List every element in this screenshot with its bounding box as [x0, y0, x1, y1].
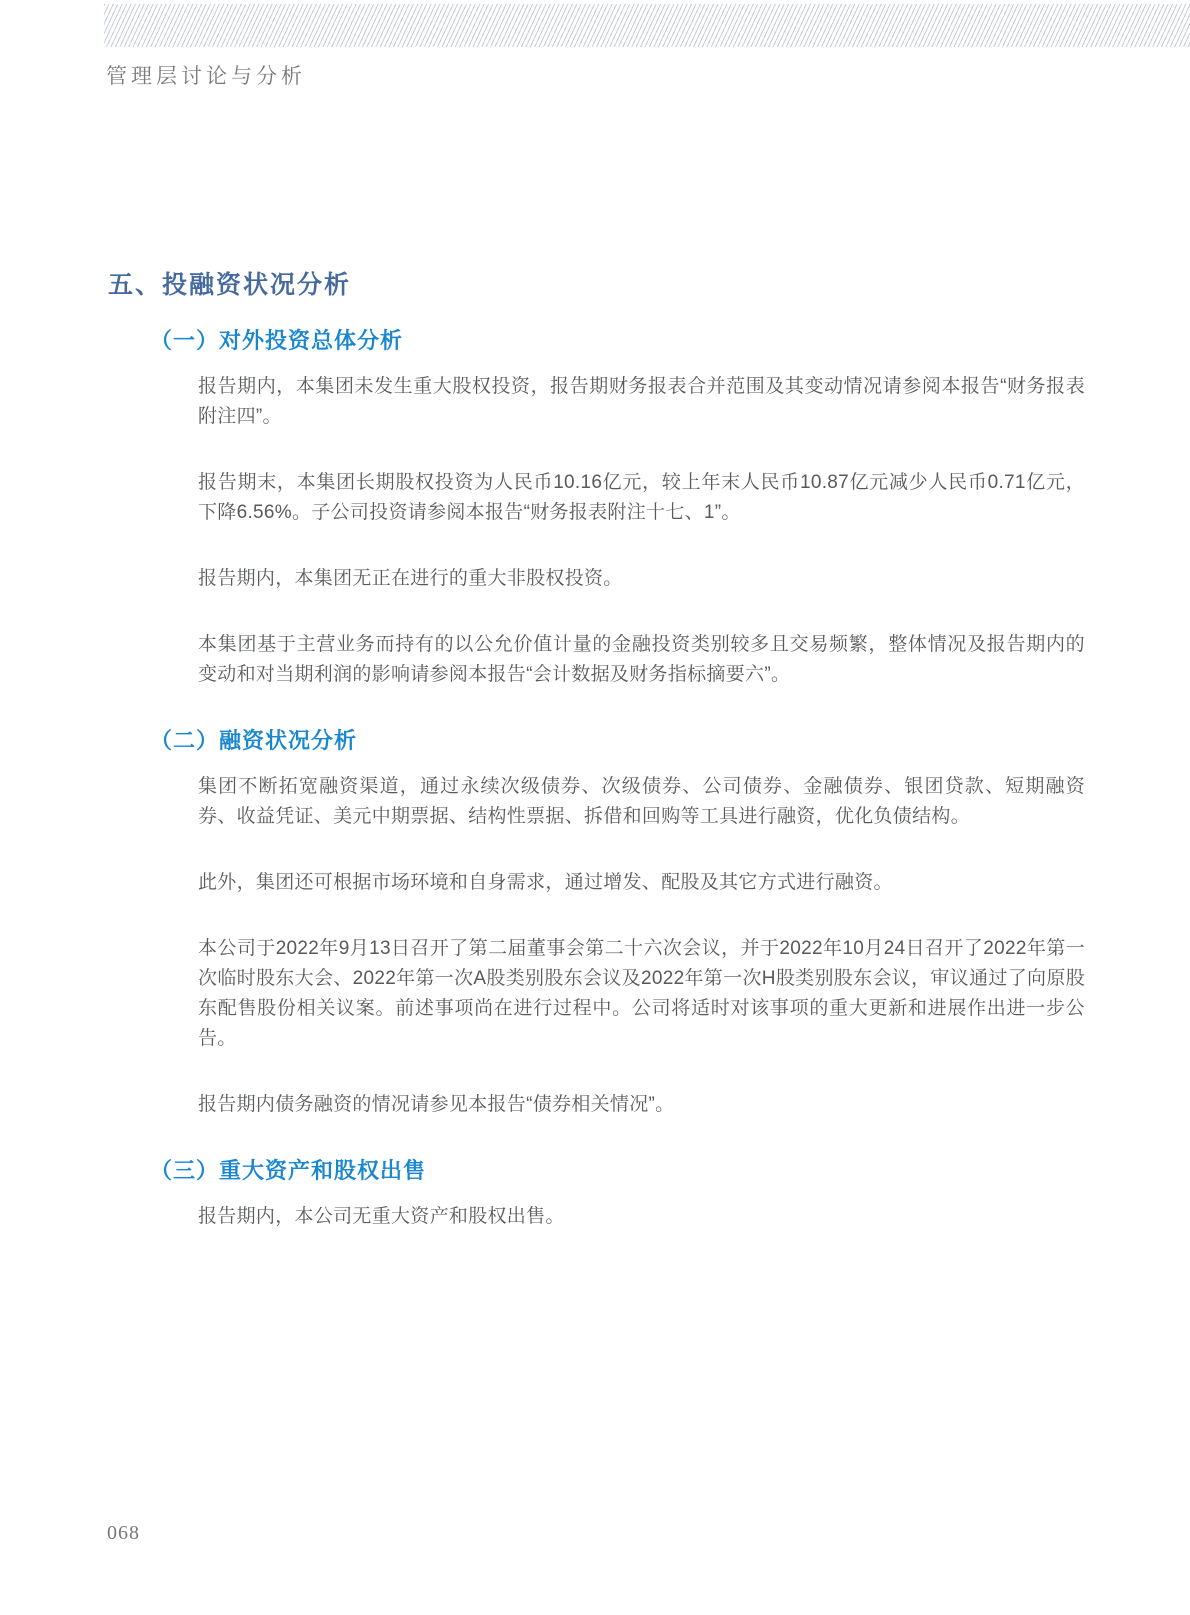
subsection-1-title: （一）对外投资总体分析: [150, 326, 1085, 356]
page-number: 068: [107, 1522, 140, 1545]
section-title: 五、投融资状况分析: [108, 268, 1085, 302]
chapter-header: 管理层讨论与分析: [106, 60, 306, 90]
paragraph: 报告期内债务融资的情况请参见本报告“债券相关情况”。: [198, 1090, 1085, 1120]
paragraph: 报告期内，本集团无正在进行的重大非股权投资。: [198, 564, 1085, 594]
paragraph: 报告期内，本公司无重大资产和股权出售。: [198, 1202, 1085, 1232]
subsection-asset-equity-sale: （三）重大资产和股权出售 报告期内，本公司无重大资产和股权出售。: [0, 1156, 1190, 1232]
paragraph: 本公司于2022年9月13日召开了第二届董事会第二十六次会议，并于2022年10…: [198, 934, 1085, 1054]
paragraph: 此外，集团还可根据市场环境和自身需求，通过增发、配股及其它方式进行融资。: [198, 868, 1085, 898]
page-content: 五、投融资状况分析 （一）对外投资总体分析 报告期内，本集团未发生重大股权投资，…: [0, 268, 1190, 1268]
paragraph: 本集团基于主营业务而持有的以公允价值计量的金融投资类别较多且交易频繁，整体情况及…: [198, 630, 1085, 690]
paragraph: 报告期末，本集团长期股权投资为人民币10.16亿元，较上年末人民币10.87亿元…: [198, 468, 1085, 528]
report-page: 管理层讨论与分析 五、投融资状况分析 （一）对外投资总体分析 报告期内，本集团未…: [0, 0, 1190, 1615]
subsection-investment-analysis: （一）对外投资总体分析 报告期内，本集团未发生重大股权投资，报告期财务报表合并范…: [0, 326, 1190, 690]
subsection-financing-analysis: （二）融资状况分析 集团不断拓宽融资渠道，通过永续次级债券、次级债券、公司债券、…: [0, 726, 1190, 1120]
paragraph: 报告期内，本集团未发生重大股权投资，报告期财务报表合并范围及其变动情况请参阅本报…: [198, 372, 1085, 432]
hatch-pattern-band: [104, 4, 1190, 47]
paragraph: 集团不断拓宽融资渠道，通过永续次级债券、次级债券、公司债券、金融债券、银团贷款、…: [198, 772, 1085, 832]
subsection-2-title: （二）融资状况分析: [150, 726, 1085, 756]
subsection-3-title: （三）重大资产和股权出售: [150, 1156, 1085, 1186]
